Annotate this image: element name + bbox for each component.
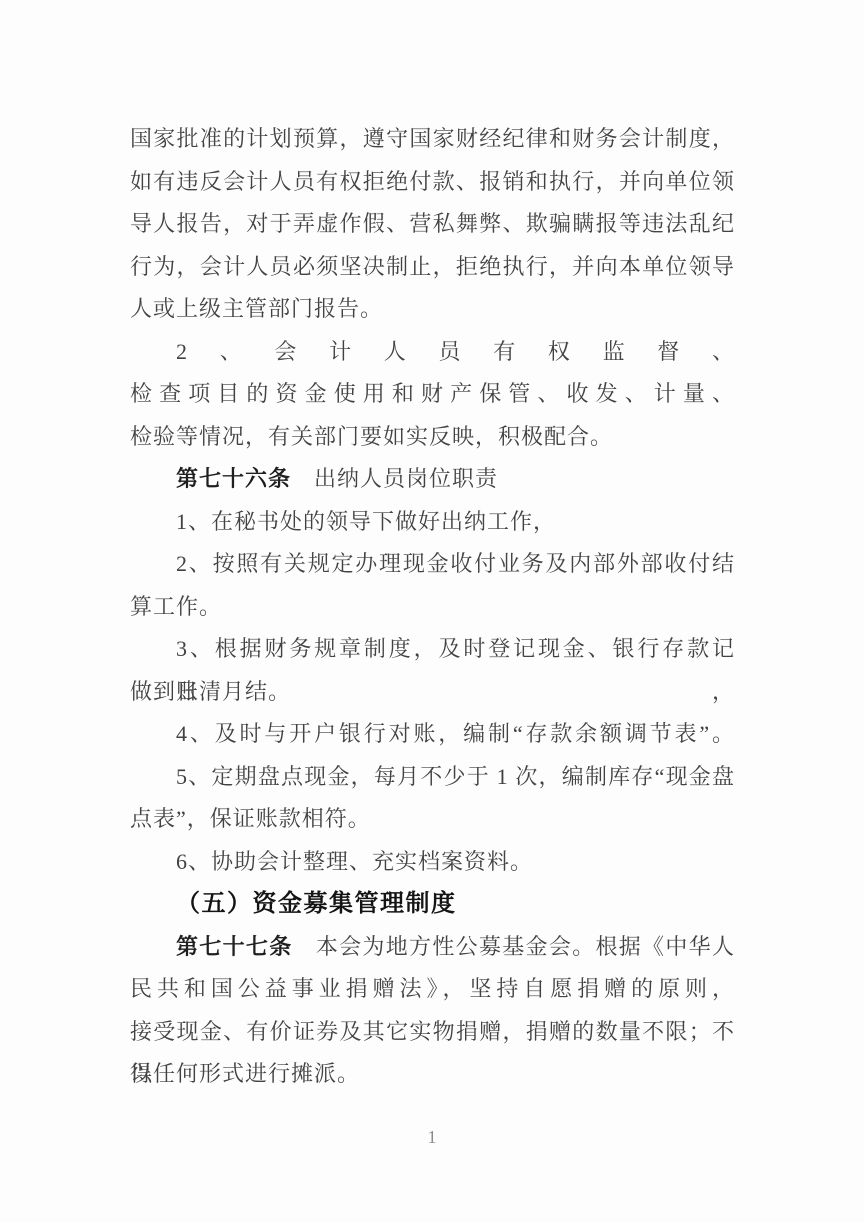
- article-number: 第七十七条: [176, 934, 293, 959]
- page-number: 1: [0, 1122, 864, 1152]
- text-line: 3、根据财务规章制度，及时登记现金、银行存款记账，: [130, 628, 735, 671]
- text-line: 导人报告，对于弄虚作假、营私舞弊、欺骗瞒报等违法乱纪: [130, 203, 735, 246]
- text-line: 民共和国公益事业捐赠法》，坚持自愿捐赠的原则，: [130, 968, 735, 1011]
- article-number: 第七十六条: [176, 466, 291, 491]
- article-77-heading: 第七十七条 本会为地方性公募基金会。根据《中华人: [130, 926, 735, 969]
- text-line: 如有违反会计人员有权拒绝付款、报销和执行，并向单位领: [130, 161, 735, 204]
- document-body: 国家批准的计划预算，遵守国家财经纪律和财务会计制度，如有违反会计人员有权拒绝付款…: [130, 118, 735, 1096]
- text-line: 国家批准的计划预算，遵守国家财经纪律和财务会计制度，: [130, 118, 735, 161]
- text-line: 检查项目的资金使用和财产保管、收发、计量、: [130, 373, 735, 416]
- article-text: 出纳人员岗位职责: [291, 466, 498, 491]
- text-line: 人或上级主管部门报告。: [130, 288, 735, 331]
- text-line: 点表”，保证账款相符。: [130, 798, 735, 841]
- section-5-heading: （五）资金募集管理制度: [130, 883, 735, 926]
- text-line: 检验等情况，有关部门要如实反映，积极配合。: [130, 416, 735, 459]
- text-line: 1、在秘书处的领导下做好出纳工作，: [130, 501, 735, 544]
- text-line: 6、协助会计整理、充实档案资料。: [130, 841, 735, 884]
- article-76-heading: 第七十六条 出纳人员岗位职责: [130, 458, 735, 501]
- text-line: 5、定期盘点现金，每月不少于 1 次，编制库存“现金盘: [130, 756, 735, 799]
- article-text: 本会为地方性公募基金会。根据《中华人: [293, 934, 735, 959]
- text-line: 接受现金、有价证券及其它实物捐赠，捐赠的数量不限；不得: [130, 1011, 735, 1054]
- text-line: 4、及时与开户银行对账，编制“存款余额调节表”。: [130, 713, 735, 756]
- text-line: 2、按照有关规定办理现金收付业务及内部外部收付结: [130, 543, 735, 586]
- text-line: 2、会计人员有权监督、: [130, 331, 735, 374]
- document-page: 国家批准的计划预算，遵守国家财经纪律和财务会计制度，如有违反会计人员有权拒绝付款…: [0, 0, 864, 1222]
- text-line: 以任何形式进行摊派。: [130, 1053, 735, 1096]
- text-line: 行为，会计人员必须坚决制止，拒绝执行，并向本单位领导: [130, 246, 735, 289]
- text-line: 算工作。: [130, 586, 735, 629]
